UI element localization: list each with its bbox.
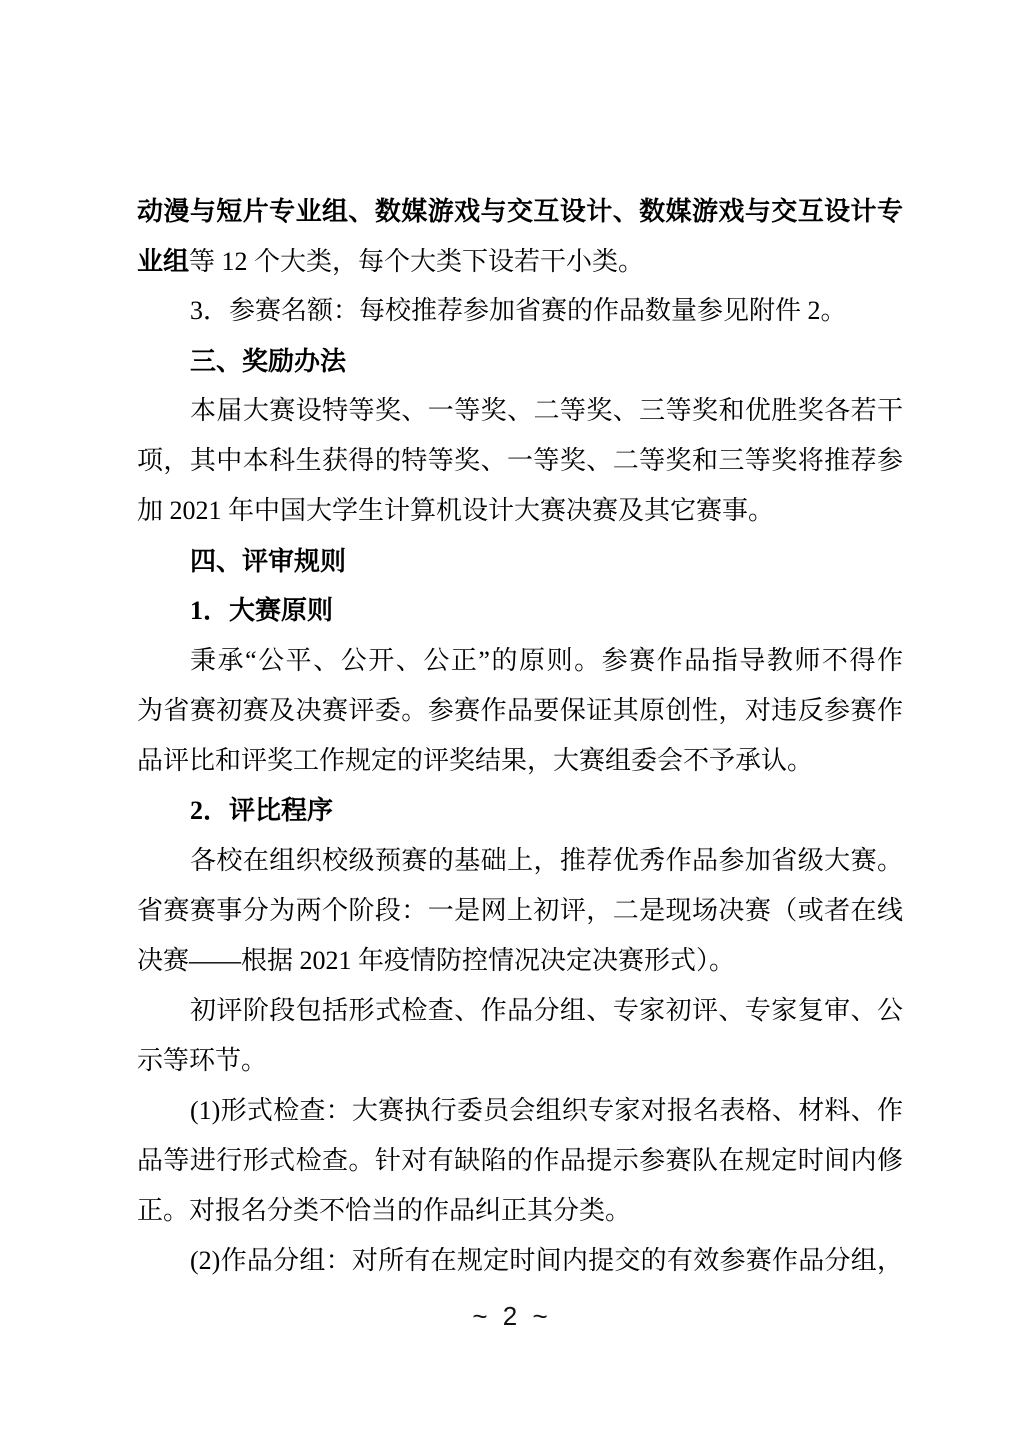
preliminary-stage-line-1: 初评阶段包括形式检查、作品分组、专家初评、专家复审、公 [137,986,903,1036]
work-grouping-line-1: (2)作品分组：对所有在规定时间内提交的有效参赛作品分组， [137,1236,903,1286]
text-segment: 为省赛初赛及决赛评委。参赛作品要保证其原创性，对违反参赛作 [137,696,903,725]
format-check-line-1: (1)形式检查：大赛执行委员会组织专家对报名表格、材料、作 [137,1086,903,1136]
procedure-para-line-3: 决赛——根据 2021 年疫情防控情况决定决赛形式）。 [137,936,903,986]
text-segment: 2．评比程序 [190,796,333,825]
text-segment: (1)形式检查：大赛执行委员会组织专家对报名表格、材料、作 [190,1096,903,1125]
text-segment: 秉承“公平、公开、公正”的原则。参赛作品指导教师不得作 [190,646,903,675]
principles-para-line-2: 为省赛初赛及决赛评委。参赛作品要保证其原创性，对违反参赛作 [137,686,903,736]
text-segment: 项，其中本科生获得的特等奖、一等奖、二等奖和三等奖将推荐参 [137,446,903,475]
text-segment: 1．大赛原则 [190,596,333,625]
text-segment: 决赛——根据 2021 年疫情防控情况决定决赛形式）。 [137,946,735,975]
text-segment: 动漫与短片专业组、数媒游戏与交互设计、数媒游戏与交互设计专 [137,196,903,226]
text-segment: 3．参赛名额：每校推荐参加省赛的作品数量参见附件 2。 [190,296,847,325]
text-segment: 省赛赛事分为两个阶段：一是网上初评，二是现场决赛（或者在线 [137,896,903,925]
text-segment: 三、奖励办法 [190,346,346,376]
page-number: ~ 2 ~ [0,1298,1024,1334]
preliminary-stage-line-2: 示等环节。 [137,1036,903,1086]
format-check-line-3: 正。对报名分类不恰当的作品纠正其分类。 [137,1186,903,1236]
text-segment: 加 2021 年中国大学生计算机设计大赛决赛及其它赛事。 [137,496,774,525]
principles-para-line-1: 秉承“公平、公开、公正”的原则。参赛作品指导教师不得作 [137,636,903,686]
text-segment: 业组 [137,246,189,276]
categories-wrap-line-1: 动漫与短片专业组、数媒游戏与交互设计、数媒游戏与交互设计专 [137,186,903,236]
format-check-line-2: 品等进行形式检查。针对有缺陷的作品提示参赛队在规定时间内修 [137,1136,903,1186]
text-segment: 本届大赛设特等奖、一等奖、二等奖、三等奖和优胜奖各若干 [190,396,903,425]
text-segment: 正。对报名分类不恰当的作品纠正其分类。 [137,1196,631,1225]
principles-para-line-3: 品评比和评奖工作规定的评奖结果，大赛组委会不予承认。 [137,736,903,786]
entry-quota-line: 3．参赛名额：每校推荐参加省赛的作品数量参见附件 2。 [137,286,903,336]
text-segment: (2)作品分组：对所有在规定时间内提交的有效参赛作品分组， [190,1246,903,1275]
procedure-para-line-2: 省赛赛事分为两个阶段：一是网上初评，二是现场决赛（或者在线 [137,886,903,936]
heading-award-measures: 三、奖励办法 [137,336,903,386]
subheading-review-procedure: 2．评比程序 [137,786,903,836]
subheading-contest-principles: 1．大赛原则 [137,586,903,636]
procedure-para-line-1: 各校在组织校级预赛的基础上，推荐优秀作品参加省级大赛。 [137,836,903,886]
text-segment: 品等进行形式检查。针对有缺陷的作品提示参赛队在规定时间内修 [137,1146,903,1175]
awards-para-line-3: 加 2021 年中国大学生计算机设计大赛决赛及其它赛事。 [137,486,903,536]
categories-wrap-line-2: 业组等 12 个大类，每个大类下设若干小类。 [137,236,903,286]
heading-review-rules: 四、评审规则 [137,536,903,586]
text-segment: 初评阶段包括形式检查、作品分组、专家初评、专家复审、公 [190,996,903,1025]
awards-para-line-2: 项，其中本科生获得的特等奖、一等奖、二等奖和三等奖将推荐参 [137,436,903,486]
text-segment: 示等环节。 [137,1046,267,1075]
text-segment: 各校在组织校级预赛的基础上，推荐优秀作品参加省级大赛。 [190,846,903,875]
text-segment: 等 12 个大类，每个大类下设若干小类。 [189,247,644,276]
document-body: 动漫与短片专业组、数媒游戏与交互设计、数媒游戏与交互设计专业组等 12 个大类，… [137,186,903,1286]
text-segment: 品评比和评奖工作规定的评奖结果，大赛组委会不予承认。 [137,746,813,775]
awards-para-line-1: 本届大赛设特等奖、一等奖、二等奖、三等奖和优胜奖各若干 [137,386,903,436]
text-segment: 四、评审规则 [190,546,346,576]
document-page: 动漫与短片专业组、数媒游戏与交互设计、数媒游戏与交互设计专业组等 12 个大类，… [0,0,1024,1449]
